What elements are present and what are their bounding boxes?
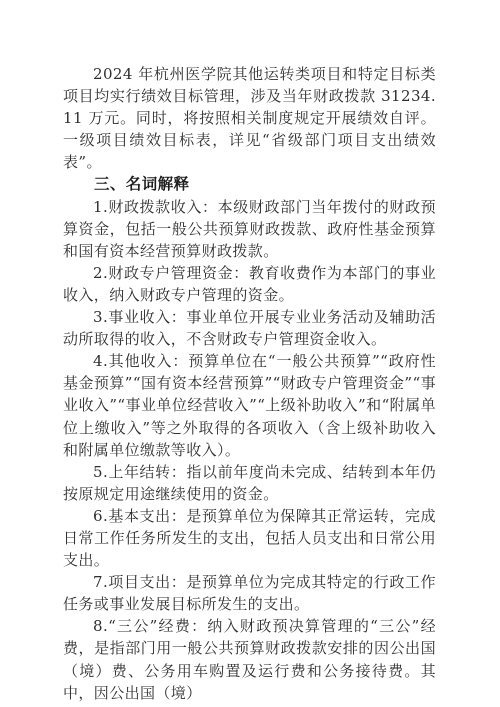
term-definition-carryover-from-previous-year: 5.上年结转：指以前年度尚未完成、结转到本年仍按原规定用途继续使用的资金。 (63, 461, 436, 505)
term-definition-three-public-expenses: 8.“三公”经费：纳入财政预决算管理的“三公”经费，是指部门用一般公共预算财政拨… (63, 615, 436, 703)
term-definition-fiscal-appropriation-income: 1.财政拨款收入：本级财政部门当年拨付的财政预算资金，包括一般公共预算财政拨款、… (63, 196, 436, 262)
term-definition-project-expenditure: 7.项目支出：是预算单位为完成其特定的行政工作任务或事业发展目标所发生的支出。 (63, 571, 436, 615)
section-heading-glossary: 三、名词解释 (63, 173, 436, 195)
intro-paragraph: 2024 年杭州医学院其他运转类项目和特定目标类项目均实行绩效目标管理，涉及当年… (63, 63, 436, 173)
term-definition-other-income: 4.其他收入：预算单位在“一般公共预算”“政府性基金预算”“国有资本经营预算”“… (63, 350, 436, 460)
document-page: 2024 年杭州医学院其他运转类项目和特定目标类项目均实行绩效目标管理，涉及当年… (0, 0, 500, 707)
term-definition-basic-expenditure: 6.基本支出：是预算单位为保障其正常运转，完成日常工作任务所发生的支出，包括人员… (63, 505, 436, 571)
term-definition-operational-income: 3.事业收入：事业单位开展专业业务活动及辅助活动所取得的收入，不含财政专户管理资… (63, 306, 436, 350)
term-definition-special-fiscal-account-funds: 2.财政专户管理资金：教育收费作为本部门的事业收入，纳入财政专户管理的资金。 (63, 262, 436, 306)
